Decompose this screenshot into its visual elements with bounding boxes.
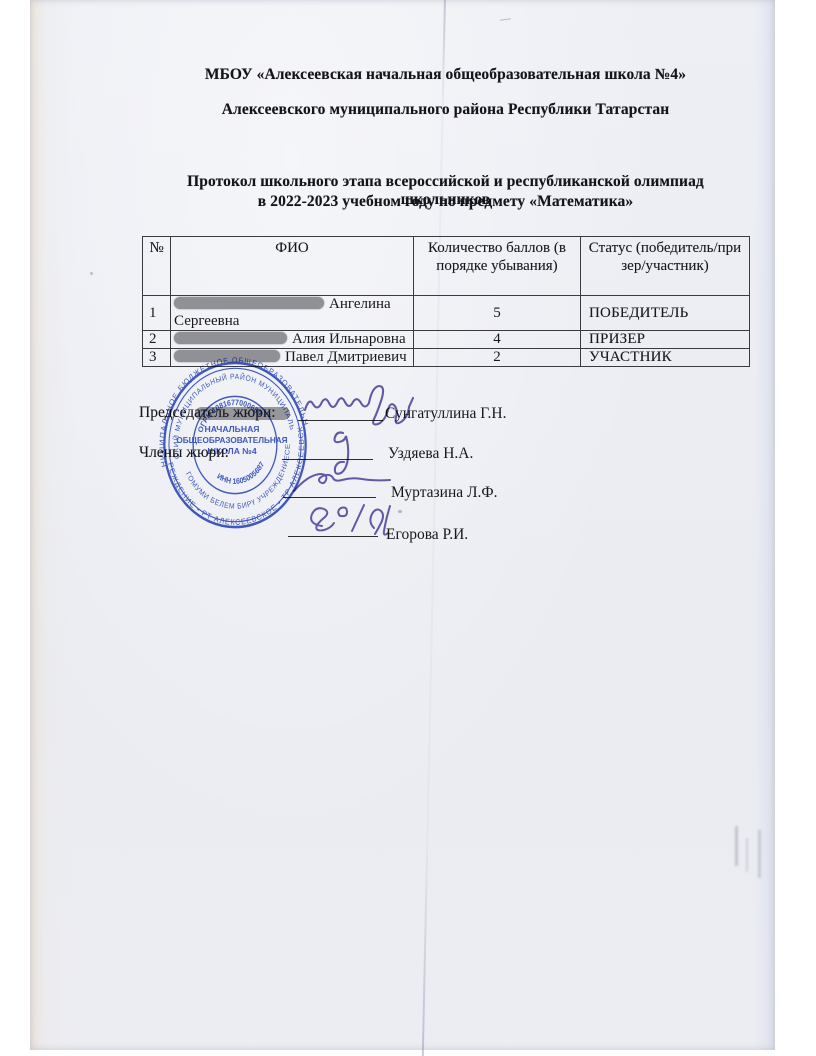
paper-sheet: МБОУ «Алексеевская начальная общеобразов… <box>30 0 775 1050</box>
header-score: Количество баллов (в порядке убывания) <box>414 237 581 296</box>
stamp-inn-text: ИНН 1605005687 <box>214 458 268 492</box>
school-name-line2: Алексеевского муниципального района Респ… <box>142 101 749 119</box>
cell-num: 1 <box>143 296 171 331</box>
redaction-bar <box>174 332 287 344</box>
scan-artifact <box>500 18 511 23</box>
scan-smudge <box>735 826 738 866</box>
stamp-center-line3: ШКОЛА №4 <box>207 446 257 456</box>
school-stamp: МУНИЦИПАЛЬНОЕ БЮДЖЕТНОЕ ОБЩЕОБРАЗОВАТЕЛЬ… <box>135 345 335 545</box>
scan-smudge <box>746 838 748 872</box>
cell-fio: Ангелина Сергеевна <box>171 296 414 331</box>
svg-text:ИНН 1605005687: ИНН 1605005687 <box>214 458 268 492</box>
cell-score: 2 <box>414 349 581 367</box>
table-row: 1 Ангелина Сергеевна 5 ПОБЕДИТЕЛЬ <box>143 296 750 331</box>
header-fio: ФИО <box>171 237 414 296</box>
stamp-center-line2: ОБЩЕОБРАЗОВАТЕЛЬНАЯ <box>176 436 287 445</box>
scan-smudge <box>758 830 761 878</box>
table-header-row: № ФИО Количество баллов (в порядке убыва… <box>143 237 750 296</box>
header-num: № <box>143 237 171 296</box>
cell-score: 4 <box>414 331 581 349</box>
cell-score: 5 <box>414 296 581 331</box>
school-name-line1: МБОУ «Алексеевская начальная общеобразов… <box>142 66 749 84</box>
redaction-bar <box>174 297 324 309</box>
cell-status: ПОБЕДИТЕЛЬ <box>581 296 750 331</box>
cell-status: ПРИЗЕР <box>581 331 750 349</box>
stamp-center-line1: НАЧАЛЬНАЯ <box>205 424 260 434</box>
protocol-title-line2: в 2022-2023 учебном году по предмету «Ма… <box>142 193 749 211</box>
scanned-protocol-page: МБОУ «Алексеевская начальная общеобразов… <box>0 0 816 1056</box>
scan-speck <box>90 272 93 275</box>
header-status: Статус (победитель/призер/участник) <box>581 237 750 296</box>
cell-status: УЧАСТНИК <box>581 349 750 367</box>
signer-name: Муртазина Л.Ф. <box>391 484 498 502</box>
signer-name: Уздяева Н.А. <box>388 445 473 463</box>
